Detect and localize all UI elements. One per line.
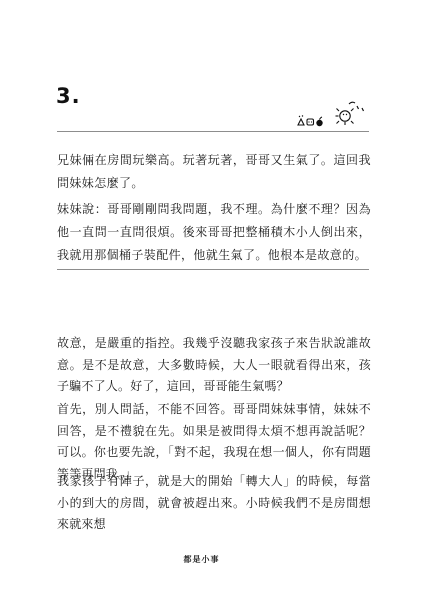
commentary-paragraph: 故意，是嚴重的指控。我幾乎沒聽我家孩子來告狀說誰故意。是不是故意，大多數時候，大… [57, 333, 371, 398]
book-page: 3. 兄妹倆在房間玩樂高。玩著玩著，哥哥又生氣了。這回我問妹妹怎麼了。 妹妹說：… [0, 0, 425, 609]
story-paragraph: 兄妹倆在房間玩樂高。玩著玩著，哥哥又生氣了。這回我問妹妹怎麼了。 [57, 149, 371, 195]
section-divider [57, 269, 369, 270]
section-number: 3. [56, 84, 81, 108]
header-divider [57, 131, 369, 132]
story-paragraph: 妹妹說：哥哥剛剛問我問題，我不理。為什麼不理？因為他一直問一直問很煩。後來哥哥把… [57, 198, 371, 267]
commentary-paragraph: 我家孩子有陣子，就是大的開始「轉大人」的時候，每當小的到大的房間，就會被趕出來。… [57, 471, 371, 536]
toy-pieces-doodle-icon [291, 100, 369, 132]
running-footer: 都是小事 [0, 554, 403, 565]
